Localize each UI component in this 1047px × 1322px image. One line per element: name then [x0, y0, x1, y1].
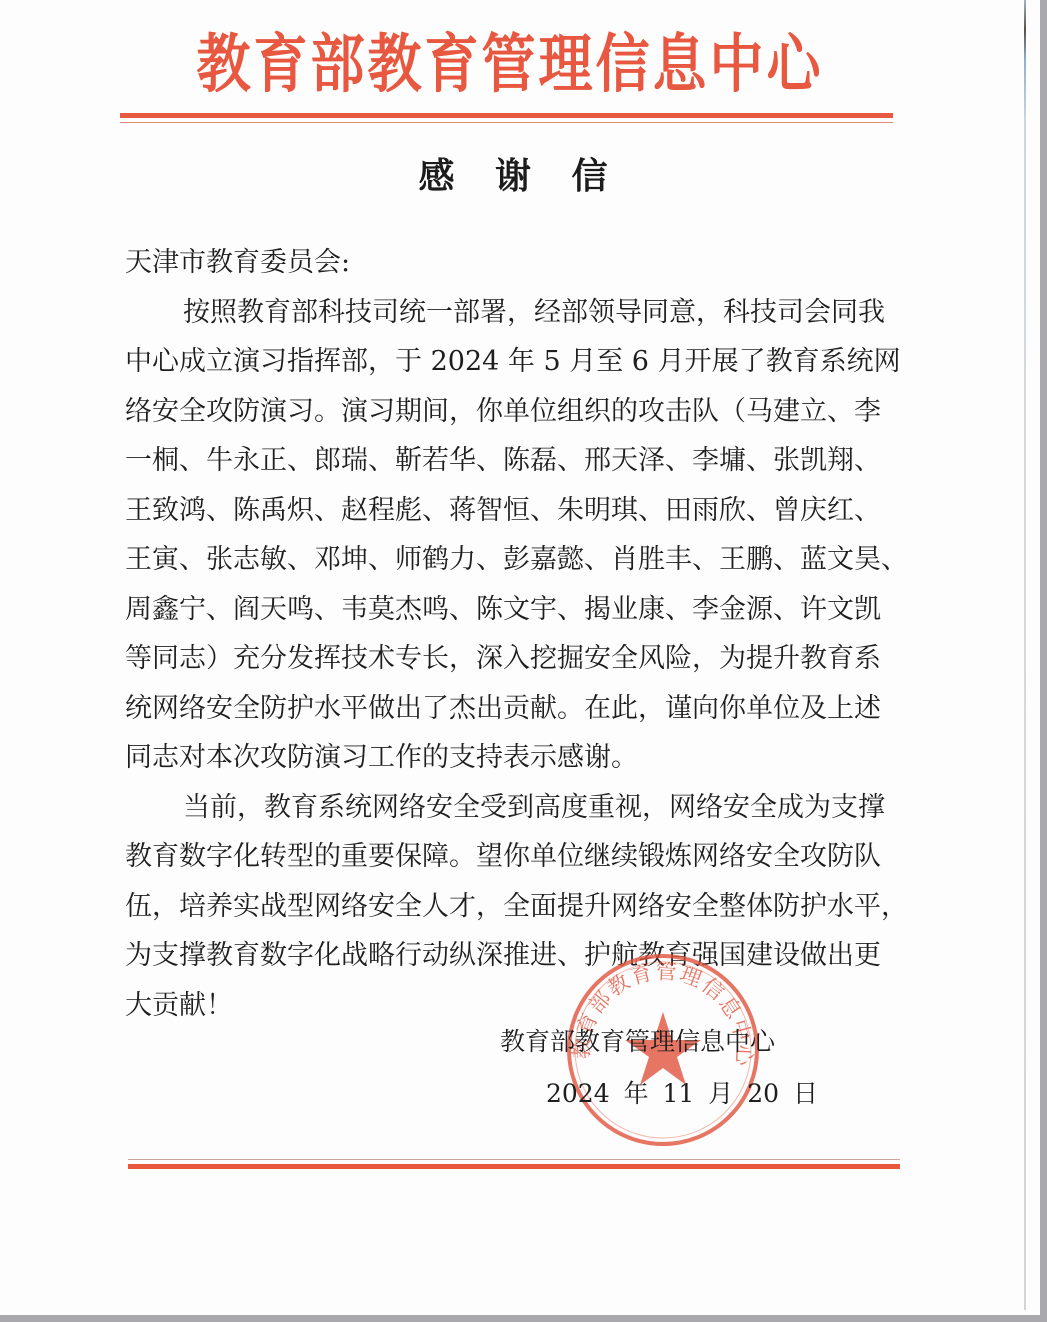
signature-date: 2024 年 11 月 20 日 — [546, 1074, 818, 1110]
header-rule-thin — [120, 122, 893, 123]
paragraph1-line: 等同志）充分发挥技术专长，深入挖掘安全风险，为提升教育系 — [125, 634, 905, 684]
paragraph2-line: 当前，教育系统网络安全受到高度重视，网络安全成为支撑 — [125, 783, 905, 833]
paragraph1-line: 同志对本次攻防演习工作的支持表示感谢。 — [125, 733, 905, 783]
letter-body: 天津市教育委员会: 按照教育部科技司统一部署，经部领导同意，科技司会同我 中心成… — [125, 238, 905, 1030]
paragraph2-line: 伍，培养实战型网络安全人才，全面提升网络安全整体防护水平， — [125, 882, 905, 932]
document-title: 感 谢 信 — [0, 148, 1040, 199]
paragraph1-line: 王寅、张志敏、邓坤、师鹤力、彭嘉懿、肖胜丰、王鹏、蓝文昊、 — [125, 535, 905, 585]
footer-rule-thin — [128, 1159, 900, 1160]
paragraph1-line: 一桐、牛永正、郎瑞、靳若华、陈磊、邢天泽、李墉、张凯翔、 — [125, 436, 905, 486]
footer-rule-thick — [128, 1164, 900, 1169]
letter-page: 教育部教育管理信息中心 感 谢 信 天津市教育委员会: 按照教育部科技司统一部署… — [0, 0, 1040, 1315]
paragraph2-line: 教育数字化转型的重要保障。望你单位继续锻炼网络安全攻防队 — [125, 832, 905, 882]
paragraph1-line: 络安全攻防演习。演习期间，你单位组织的攻击队（马建立、李 — [125, 387, 905, 437]
signature-org: 教育部教育管理信息中心 — [500, 1022, 775, 1058]
paragraph1-line: 王致鸿、陈禹炽、赵程彪、蒋智恒、朱明琪、田雨欣、曾庆红、 — [125, 486, 905, 536]
masthead-title: 教育部教育管理信息中心 — [180, 14, 840, 105]
paragraph1-line: 周鑫宁、阎天鸣、韦莫杰鸣、陈文宇、揭业康、李金源、许文凯 — [125, 585, 905, 635]
paragraph1-line: 按照教育部科技司统一部署，经部领导同意，科技司会同我 — [125, 288, 905, 338]
paragraph2-line: 为支撑教育数字化战略行动纵深推进、护航教育强国建设做出更 — [125, 931, 905, 981]
salutation: 天津市教育委员会: — [125, 238, 905, 288]
paragraph1-line: 统网络安全防护水平做出了杰出贡献。在此，谨向你单位及上述 — [125, 684, 905, 734]
header-rule-thick — [120, 113, 893, 118]
paragraph1-line: 中心成立演习指挥部，于 2024 年 5 月至 6 月开展了教育系统网 — [125, 337, 905, 387]
